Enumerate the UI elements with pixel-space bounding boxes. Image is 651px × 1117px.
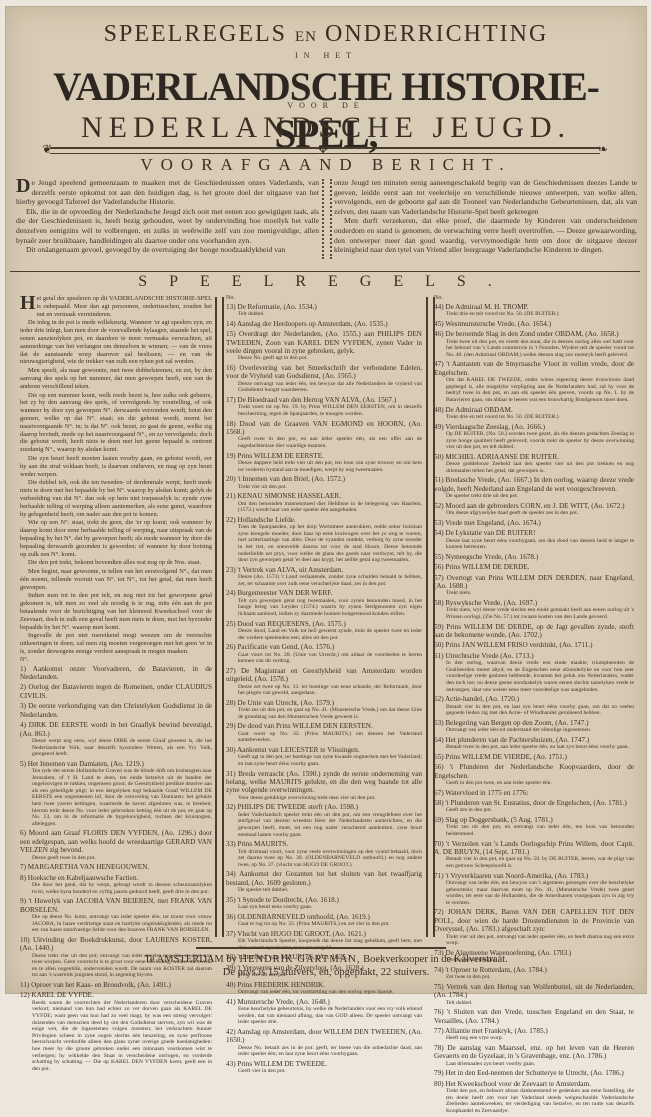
entry-title: 13) De Reformatie, (Ao. 1534.) [226,303,422,311]
list-item: 22) Hollandsche Liefde.Toen de Spanjaard… [226,516,422,564]
entry-title: 66) 't Plunderen der Nederlandsche Koopv… [434,763,634,780]
list-item: 66) 't Plunderen der Nederlandsche Koopv… [434,763,634,786]
list-item: 48) De Admiraal OBDAM.Trekt drie en telt… [434,406,634,421]
entry-note: Deeze No. geeft agt in den pot. [226,355,422,362]
title-speelregels: SPEELREGELS [104,21,287,47]
rule-paragraph: Die zyn beurt heeft moeten laaten voorby… [20,455,212,478]
entry-note: Geeft in den pot twee, en aan ieder spee… [434,780,634,787]
rule-paragraph: Men begint, naar gewoonte, te tellen van… [20,568,212,591]
list-item: 62) Actie-handel, (Ao. 1720.)Betaalt vie… [434,695,634,717]
entry-note: Trekt vier uit den pot. [226,484,422,491]
entry-title: 40) Prins FREDERIK HENDRIK. [226,981,422,989]
rule-paragraph: De inleg in de pot is mede willekeurig. … [20,319,212,366]
entry-title: 8) Hoeksche en Kabeljaauwsche Factien. [20,874,212,882]
rule-paragraph: Men speelt, als naar gewoonte, met twee … [20,367,212,390]
list-item: 23) 't Vertrek van ALVA, uit Amsterdam.D… [226,566,422,588]
entry-title: 69) Slag op Doggersbank, (5 Aug. 1781.) [434,816,634,824]
list-item: 54) De Lykstatie van DE RUITER!Deeze laa… [434,529,634,551]
entry-note: Laat zyn beurt eens voorby gaan. [226,904,422,911]
list-item: 61) Utrechtsche Vrede (Ao. 1713.)In den … [434,652,634,693]
rule-paragraph: Die den pot trekt, bekomt bovendien alle… [20,559,212,567]
entry-note: Geeft agt in den pot, ter boetinge van z… [226,754,422,767]
entry-note: Trekt drie en telt voord tot No. 50. (DE… [434,414,634,421]
entry-title: 64) Het plunderen van de Pachtershuizen,… [434,736,634,744]
voorbericht-paragraph: onze Jeugd ten minsten eenig aaneengesch… [334,178,637,216]
list-item: 30) Aankomst van LEICESTER te Vlissingen… [226,746,422,768]
entry-title: 5) Het Innemen van Damiaten, (Ao. 1219.) [20,760,212,768]
list-item: 11) Oproer van het Kaas- en Broodvolk, (… [20,981,212,989]
entry-note: Betaalt vier in den pot, en laat zyn beu… [434,704,634,717]
entry-note: Deeze goddelooze Zeeheld laat den speele… [434,461,634,474]
entry-title: 31) Breda verrascht (Ao. 1590.) zynde de… [226,770,422,795]
entry-note: Op DE RUITER, (No. 50.) worden twee geze… [434,431,634,451]
list-item: 63) Belegering van Bergen op den Zoom, (… [434,719,634,734]
entry-note: Gaat voort tot No. 28. (Unie van Utrecht… [226,652,422,665]
list-item: 67) Watervloed in 1775 en 1776: [434,789,634,797]
entry-title: 32) PHILIPS DE TWEEDE sterft (Ao. 1598.) [226,803,422,811]
list-item: 65) Prins WILLEM DE VIERDE, (Ao. 1751.) [434,753,634,761]
list-item: 29) De dood van Prins WILLEM DEN EERSTEN… [226,722,422,744]
entry-title: 14) Aanslag der Herdoopers op Amsterdam,… [226,320,422,328]
title-voor-de: VOOR DE [6,101,646,110]
entry-note: Trekt voort tot op No. 19. by Prins WILL… [226,404,422,417]
entry-note: Deeze (Ao. 1573) 't Land verlaatende, zo… [226,574,422,587]
entry-note: Deeze dood, Land en Volk tot heil gewees… [226,628,422,641]
entry-note: Deeze dappere held trekt vier uit den po… [226,460,422,473]
entries-list: 1) Aankomst onzer Voorvaderen, de Batavi… [20,665,212,1000]
voorbericht-paragraph: Dit onäangenaam gevoel, gevoegd by de ov… [16,245,319,255]
rules-column-1: Het getal der speeleren op dit VADERLAND… [20,295,212,1000]
entry-note: Om deeze afgryselyke daad geeft de speel… [434,510,634,517]
entry-title: 71) 't Vryverklaaren van Noord-Amerika, … [434,872,634,880]
entry-title: 10) Uitvinding der Boekdrukkunst, door L… [20,936,212,953]
entry-note: Toen de Spanjaarden, op het dorp Wormmee… [226,524,422,564]
entry-note: Trekt vier uit den pot, ontvangt van ied… [434,934,634,947]
title-line-1: SPEELREGELS EN ONDERRICHTING [6,21,646,48]
rule-paragraph: Die op een nummer komt, welk reeds bezet… [20,392,212,454]
imprint: Te AMSTERDAM by HENDRIK GARTMAN, Boekver… [6,953,646,979]
entry-note: Elk Vaderlandsch Speeler, hoopende dat d… [226,938,422,951]
entry-note: Gaat voort op No. 33. (Prins MAURITS,) o… [226,731,422,744]
entry-note: De speeler trekt drie uit den pot. [434,493,634,500]
list-item: 69) Slag op Doggersbank, (5 Aug. 1781.)T… [434,816,634,838]
entry-title: 23) 't Vertrek van ALVA, uit Amsterdam. [226,566,422,574]
entry-note: Telt zyn geworpen getal nog tweemaalen, … [226,598,422,618]
list-item: 2) Oorlog der Batavieren tegen de Romein… [20,683,212,700]
entry-title: 21) KENAU SIMONSE HASSELAER. [226,492,422,500]
entry-note: Ontvangt van ieder één tot onderstand de… [434,727,634,734]
list-item: 33) Prins MAURITS.Telt driemaal voort, v… [226,840,422,868]
entry-title: 16) Overlevering van het Smeekschrift de… [226,364,422,381]
paragraph-text: e Jeugd speelend gemeenzaam te maaken me… [16,178,319,206]
entry-title: 44) De Admiraal M. H. TROMP. [434,303,634,311]
list-item: 53) Vrede met Engeland, (Ao. 1674.) [434,519,634,527]
list-item: 50) MICHIEL ADRIAANSE DE RUITER.Deeze go… [434,453,634,475]
list-item: 19) Prins WILLEM DE EERSTE.Deeze dappere… [226,452,422,474]
entry-title: 55) Nymeegsche Vrede, (Ao. 1678.) [434,553,634,561]
entry-note: Die door het getal, dat hy werpt, gebrag… [20,882,212,895]
entry-note: Ontvangt van ieder één, ten bewyze van '… [434,880,634,906]
entries-list: 44) De Admiraal M. H. TROMP.Trekt drie e… [434,303,634,1000]
divider [196,947,446,949]
list-item: 31) Breda verrascht (Ao. 1590.) zynde de… [226,770,422,802]
voorbericht-left-column: De Jeugd speelend gemeenzaam te maaken m… [16,178,319,255]
list-item: 27) De Magistraat en Geestlykheid van Am… [226,667,422,697]
entry-title: 19) Prins WILLEM DE EERSTE. [226,452,422,460]
entry-note: Deeze laat zyne beurt ééns voorbygaan, o… [434,538,634,551]
list-item: 9) 't Huwelyk van JACOBA VAN BEIEREN, me… [20,897,212,934]
voorbericht-right-column: onze Jeugd ten minsten eenig aaneengesch… [334,178,637,255]
entry-title: 6) Moord aan Graaf FLORIS DEN VYFDEN, (A… [20,829,212,854]
entry-title: 3) De eerste verkondiging van den Christ… [20,702,212,719]
entry-note: Deeze ontvangt van ieder één, ten bewyze… [226,381,422,394]
title-in-het: IN HET [6,51,646,60]
list-item: 24) Burgemeester VAN DER WERF.Telt zyn g… [226,589,422,617]
list-item: 7) MARGARETHA VAN HENEGOUWEN. [20,863,212,871]
entry-title: 9) 't Huwelyk van JACOBA VAN BEIEREN, me… [20,897,212,914]
entry-title: 46) De beroemde Slag in den Zond onder O… [434,330,634,338]
list-item: 5) Het Innemen van Damiaten, (Ao. 1219.)… [20,760,212,828]
list-item: 56) Prins WILLEM DE DERDE. [434,563,634,571]
divider [10,271,640,272]
list-item: 4) DIRK DE EERSTE wordt in het Graaflyk … [20,721,212,758]
list-item: 16) Overlevering van het Smeekschrift de… [226,364,422,394]
title-onderrichting: ONDERRICHTING [325,21,548,47]
list-item: 55) Nymeegsche Vrede, (Ao. 1678.) [434,553,634,561]
list-item: 75) Vertrek van den Hertog van Wolfenbut… [434,983,634,1000]
entry-title: 34) Aankomst der Gezanten tot het sluite… [226,870,422,887]
entry-title: 54) De Lykstatie van DE RUITER! [434,529,634,537]
entry-note: Deeze werpt nog eens, wyl deeze DIRK de … [20,738,212,758]
entry-note: Telt driemaal voort, voor zyne veele ove… [226,849,422,869]
list-item: 34) Aankomst der Gezanten tot het sluite… [226,870,422,893]
entry-title: 24) Burgemeester VAN DER WERF. [226,589,422,597]
entry-note: Trekt zes uit den pot, en ontvangt van i… [434,824,634,837]
entry-title: 72) JOHAN DERK, Baron VAN DER CAPELLEN T… [434,908,634,933]
list-item: 46) De beroemde Slag in den Zond onder O… [434,330,634,358]
entry-title: 65) Prins WILLEM DE VIERDE, (Ao. 1751.) [434,753,634,761]
entry-title: 70) 't Verzeilen van 's Lands Oorlogschi… [434,840,634,857]
entry-title: 50) MICHIEL ADRIAANSE DE RUITER. [434,453,634,461]
broadsheet: SPEELREGELS EN ONDERRICHTING IN HET VADE… [5,6,647,994]
rule-paragraph: Ingevalle de pot niet toereikend mogt we… [20,632,212,655]
entry-title: 53) Vrede met Engeland, (Ao. 1674.) [434,519,634,527]
drop-cap: H [20,295,36,311]
voorbericht-paragraph: De Jeugd speelend gemeenzaam te maaken m… [16,178,319,207]
list-item: 51) Bredasche Vrede, (Ao. 1667.) In den … [434,476,634,499]
entry-title: 52) Moord aan de gebroeders CORN. en J. … [434,502,634,510]
entry-title: 29) De dood van Prins WILLEM DEN EERSTEN… [226,722,422,730]
entry-note: De speeler telt dubbel. [226,887,422,894]
entry-note: Deeze zet twee op No. 13. ter boetinge v… [226,684,422,697]
list-item: 8) Hoeksche en Kabeljaauwsche Factien.Di… [20,874,212,896]
imprint-publisher: HENDRIK GARTMAN, [240,954,361,965]
list-item: 6) Moord aan Graaf FLORIS DEN VYFDEN, (A… [20,829,212,861]
list-item: 14) Aanslag der Herdoopers op Amsterdam,… [226,320,422,328]
entry-title: 18) Dood van de Graaven VAN EGMOND en HO… [226,420,422,437]
voorbericht-heading: VOORAFGAAND BERICHT. [6,155,646,175]
rules-column-3: No. 44) De Admiraal M. H. TROMP.Trekt dr… [434,295,634,1000]
entry-title: 62) Actie-handel, (Ao. 1720.) [434,695,634,703]
list-item: 70) 't Verzeilen van 's Lands Oorlogschi… [434,840,634,870]
entry-title: 59) Prins WILLEM DE DERDE, op de Jagt ge… [434,623,634,640]
entry-note: Ontvangt van ieder één, tot voortzetting… [226,989,422,996]
list-item: 71) 't Vryverklaaren van Noord-Amerika, … [434,872,634,907]
entry-note: Om dat KAREL DE TWEEDE, onder wiens rege… [434,377,634,403]
list-item: 44) De Admiraal M. H. TROMP.Trekt drie e… [434,303,634,318]
entry-note: Om den betoonden mannenmoed dier Heldinn… [226,501,422,514]
list-item: 21) KENAU SIMONSE HASSELAER.Om den betoo… [226,492,422,514]
imprint-place: Te AMSTERDAM by [144,954,237,965]
list-item: 32) PHILIPS DE TWEEDE sterft (Ao. 1598.)… [226,803,422,838]
entry-title: 45) Westmunstersche Vrede, (Ao. 1654.) [434,320,634,328]
rule-paragraph: Indien men tot in den pot telt, en nog n… [20,592,212,631]
number-label: No. [226,295,422,303]
entry-title: 1) Aankomst onzer Voorvaderen, de Batavi… [20,665,212,682]
entry-note: Telt dubbel. [226,311,422,318]
list-item: 60) Prins JAN WILLEM FRISO verdrinkt, (A… [434,641,634,649]
list-item: 49) Vierdaagsche Zeeslag, (Ao. 1666.)Op … [434,423,634,451]
entry-note: Geeft zes in den pot. [434,807,634,814]
entry-note: Trekt zes uit den pot, en gaat op No. 41… [226,707,422,720]
entry-note: Die op deeze No. komt, ontvangt van iede… [20,914,212,934]
entry-note: In den oorlog, waarvan deeze vrede een e… [434,660,634,693]
rule-paragraph: Wie op een N°. staat, trekt de geen, die… [20,519,212,558]
list-item: 59) Prins WILLEM DE DERDE, op de Jagt ge… [434,623,634,640]
list-item: 13) De Reformatie, (Ao. 1534.)Telt dubbe… [226,303,422,318]
rule-paragraph: Die dubbel telt, ook die ten tweeden- of… [20,479,212,518]
list-item: 68) 't Plunderen van St. Eustatius, door… [434,799,634,814]
list-item: 45) Westmunstersche Vrede, (Ao. 1654.) [434,320,634,328]
entry-title: 36) OLDENBARNEVELD onthoofd, (Ao. 1619.) [226,913,422,921]
voorbericht-paragraph: Men durft verzekeren, dat elke proef, di… [334,216,637,254]
list-item: 52) Moord aan de gebroeders CORN. en J. … [434,502,634,517]
entry-title: 15) Overdragt der Nederlanden, (Ao. 1555… [226,330,422,355]
entry-title: 67) Watervloed in 1775 en 1776: [434,789,634,797]
entry-note: Ieder Vaderlandsch speeler trekt één uit… [226,812,422,838]
entry-title: 25) Dood van REQUESENS, (Ao. 1575.) [226,620,422,628]
ornamental-rule: ❦ ✥ ❧ [50,147,600,154]
entry-note: Trekt twee uit den pot, en roemt den sta… [434,339,634,359]
entry-title: 27) De Magistraat en Geestlykheid van Am… [226,667,422,684]
entry-title: 63) Belegering van Bergen op den Zoom, (… [434,719,634,727]
entry-title: 11) Oproer van het Kaas- en Broodvolk, (… [20,981,212,989]
entry-title: 7) MARGARETHA VAN HENEGOUWEN. [20,863,212,871]
entry-note: Ten tyde der eerste Hollandsche Graven w… [20,768,212,827]
entry-title: 60) Prins JAN WILLEM FRISO verdrinkt, (A… [434,641,634,649]
imprint-address: Boekverkooper in de Kalverstraat. [363,954,508,965]
list-item: 20) 't Innemen van den Briel, (Ao. 1572.… [226,475,422,490]
list-item: 64) Het plunderen van de Pachtershuizen,… [434,736,634,751]
list-item: 3) De eerste verkondiging van den Christ… [20,702,212,719]
list-item: 26) Pacificatie van Gend, (Ao. 1576.)Gaa… [226,643,422,665]
entry-title: 12) KAREL DE VYFDE. [20,991,212,999]
column-pillar-ornament-icon [215,297,224,937]
title-en: EN [295,29,317,45]
entry-title: 49) Vierdaagsche Zeeslag, (Ao. 1666.) [434,423,634,431]
entry-title: 26) Pacificatie van Gend, (Ao. 1576.) [226,643,422,651]
imprint-price: De prys is 15 stuivers, en, opgeplakt, 2… [6,966,646,979]
entry-title: 61) Utrechtsche Vrede (Ao. 1713.) [434,652,634,660]
entry-note: Trekt drie en telt voord tot No. 50. (DE… [434,311,634,318]
entry-title: 4) DIRK DE EERSTE wordt in het Graaflyk … [20,721,212,738]
entry-title: 2) Oorlog der Batavieren tegen de Romein… [20,683,212,700]
list-item: 28) De Unie van Utrecht, (Ao. 1579.)Trek… [226,699,422,721]
number-label: No. [434,295,634,303]
list-item: 47) 't Aantasten van de Smyrnasche Vloot… [434,360,634,403]
list-item: 35) 't Synode te Dordrecht, (Ao. 1618.)L… [226,896,422,911]
rules-column-2: No. 13) De Reformatie, (Ao. 1534.)Telt d… [226,295,422,1000]
list-item: 12) KAREL DE VYFDE.Reeds waren de voorre… [20,991,212,1000]
entry-title: 20) 't Innemen van den Briel, (Ao. 1572.… [226,475,422,483]
chain-ornament-icon [322,179,332,259]
entry-title: 37) Vlucht van HUGO DE GROOT, (Ao. 1621.… [226,930,422,938]
list-item: 40) Prins FREDERIK HENDRIK.Ontvangt van … [226,981,422,996]
list-item: 57) Overtogt van Prins WILLEM DEN DERDEN… [434,574,634,597]
entry-title: 28) De Unie van Utrecht, (Ao. 1579.) [226,699,422,707]
list-item: 58) Ryswyksche Vrede, (Ao. 1697.)Trekt n… [434,599,634,621]
list-item: 18) Dood van de Graaven VAN EGMOND en HO… [226,420,422,450]
rule-text: et getal der speeleren op dit VADERLANDS… [37,295,212,318]
entry-title: 56) Prins WILLEM DE DERDE. [434,563,634,571]
entry-title: 35) 't Synode te Dordrecht, (Ao. 1618.) [226,896,422,904]
list-item: 25) Dood van REQUESENS, (Ao. 1575.)Deeze… [226,620,422,642]
imprint-line-1: Te AMSTERDAM by HENDRIK GARTMAN, Boekver… [6,953,646,966]
entry-note: Trekt niets. [434,590,634,597]
drop-cap: D [16,178,30,194]
entry-note: Betaalt twee in den pot, aan ieder speel… [434,744,634,751]
rule-paragraph: Het getal der speeleren op dit VADERLAND… [20,295,212,318]
entry-note: Voor deeze gelukkige overwinning trekt m… [226,795,422,802]
entry-title: 57) Overtogt van Prins WILLEM DEN DERDEN… [434,574,634,591]
entry-title: 51) Bredasche Vrede, (Ao. 1667.) In den … [434,476,634,493]
number-label: N°. [20,657,212,665]
speelregels-heading: SPEELREGELS. [6,273,646,291]
entry-note: Betaalt vier in den pot, en gaat op No. … [434,856,634,869]
entry-title: 47) 't Aantasten van de Smyrnasche Vloot… [434,360,634,377]
title-jeugd: NEDERLANDSCHE JEUGD. [6,111,646,145]
list-item: 15) Overdragt der Nederlanden, (Ao. 1555… [226,330,422,362]
list-item: 36) OLDENBARNEVELD onthoofd, (Ao. 1619.)… [226,913,422,928]
list-item: 72) JOHAN DERK, Baron VAN DER CAPELLEN T… [434,908,634,946]
entry-title: 48) De Admiraal OBDAM. [434,406,634,414]
voorbericht-paragraph: Elk, die in de opvoeding der Nederlandsc… [16,207,319,245]
entry-note: Trekt niets, wyl deeze vrede slechts een… [434,607,634,620]
entry-note: Gaat te rug tot op No. 33. (Prins MAURIT… [226,921,422,928]
entries-list: 13) De Reformatie, (Ao. 1534.)Telt dubbe… [226,303,422,1000]
entry-title: 22) Hollandsche Liefde. [226,516,422,524]
list-item: 17) De Bloedraad van den Hertog VAN ALVA… [226,396,422,418]
entry-note: Deeze geeft twee in den pot. [20,855,212,862]
entry-title: 33) Prins MAURITS. [226,840,422,848]
entry-note: Geeft twee in den pot, en aan ieder spee… [226,436,422,449]
entry-title: 75) Vertrek van den Hertog van Wolfenbut… [434,983,634,1000]
list-item: 1) Aankomst onzer Voorvaderen, de Batavi… [20,665,212,682]
